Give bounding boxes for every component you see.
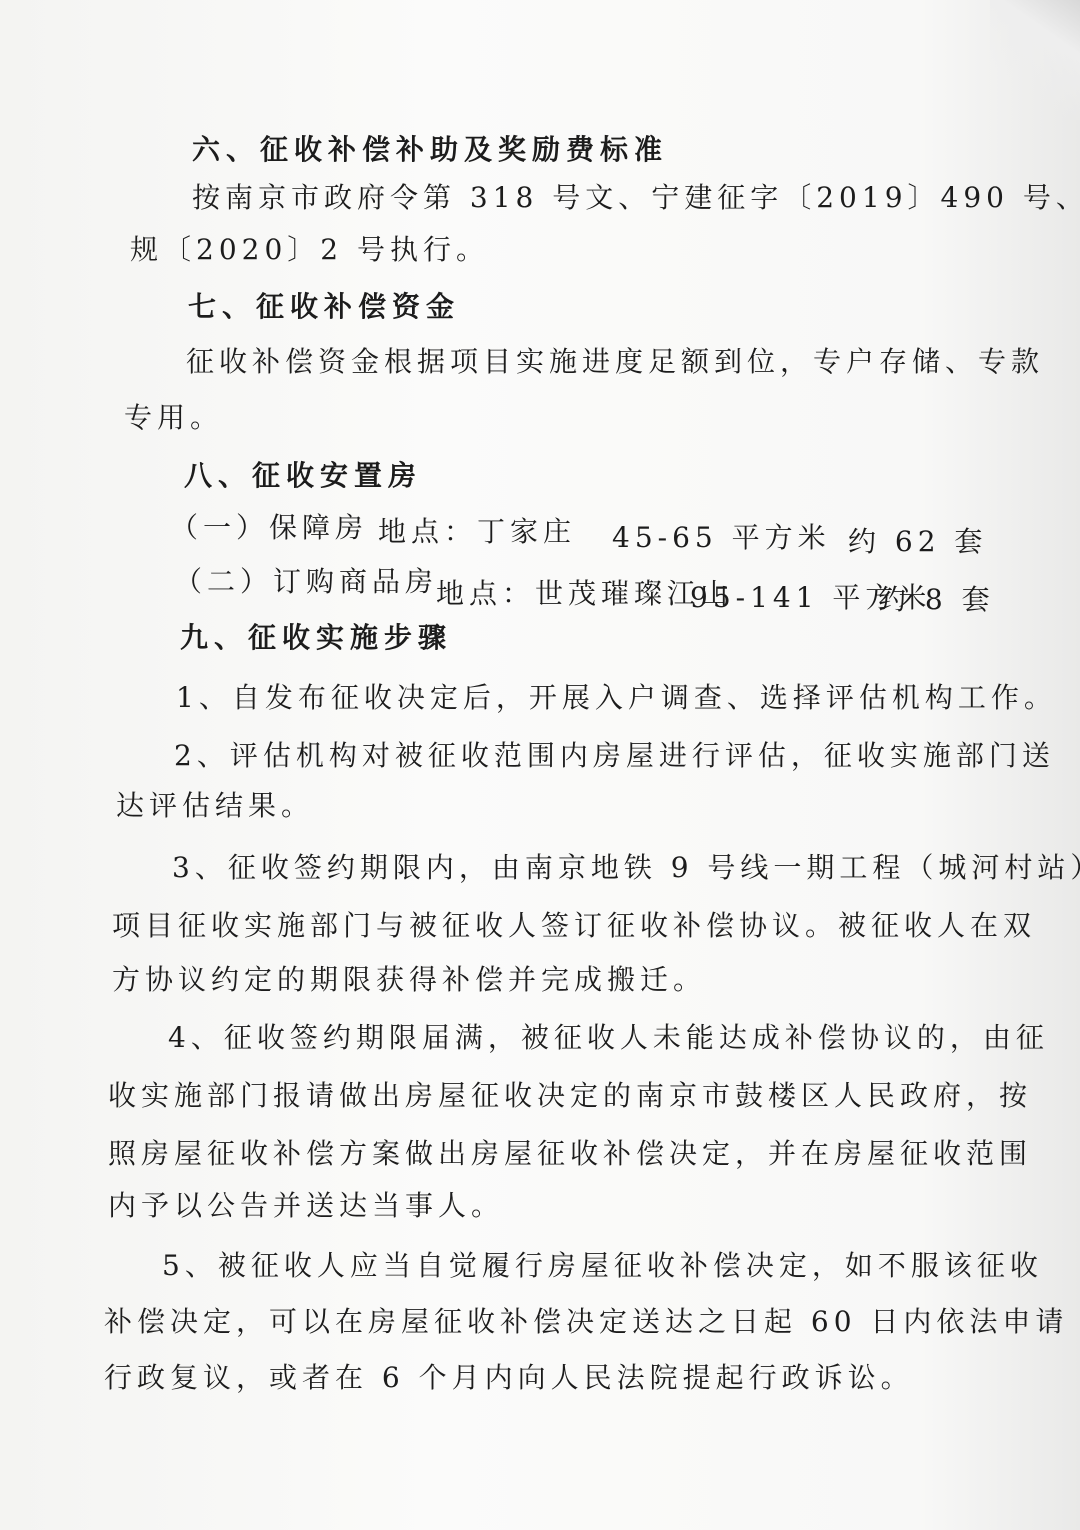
step-3-line-2: 项目征收实施部门与被征收人签订征收补偿协议。被征收人在双 [112,906,1036,946]
section-9-heading: 九、征收实施步骤 [180,618,452,658]
section-6-body-line-1: 按南京市政府令第 318 号文、宁建征字〔2019〕490 号、鼓政 [192,178,1080,218]
step-4-line-1: 4、征收签约期限届满，被征收人未能达成补偿协议的，由征 [168,1018,1049,1058]
housing-item-2-location: 地点：世茂璀璨江山 [436,574,733,614]
housing-item-1-count: 约 62 套 [848,522,987,562]
step-4-line-4: 内予以公告并送达当事人。 [108,1186,504,1226]
step-4-line-3: 照房屋征收补偿方案做出房屋征收补偿决定，并在房屋征收范围 [108,1134,1032,1174]
step-4-line-2: 收实施部门报请做出房屋征收决定的南京市鼓楼区人民政府，按 [108,1076,1032,1116]
section-7-heading: 七、征收补偿资金 [188,287,460,327]
step-3-line-1: 3、征收签约期限内，由南京地铁 9 号线一期工程（城河村站） [172,848,1080,888]
housing-item-2-label: （二）订购商品房 [174,562,438,602]
step-2-line-2: 达评估结果。 [116,786,314,826]
housing-item-1-area: 45-65 平方米 [612,518,831,558]
housing-item-1-label: （一）保障房 [170,508,368,548]
step-5-line-3: 行政复议，或者在 6 个月内向人民法院提起行政诉讼。 [104,1358,914,1398]
document-page: 六、征收补偿补助及奖励费标准 按南京市政府令第 318 号文、宁建征字〔2019… [0,0,1080,1530]
step-5-line-2: 补偿决定，可以在房屋征收补偿决定送达之日起 60 日内依法申请 [104,1302,1068,1342]
step-3-line-3: 方协议约定的期限获得补偿并完成搬迁。 [112,960,706,1000]
section-7-body-line-2: 专用。 [124,398,223,438]
section-6-heading: 六、征收补偿补助及奖励费标准 [192,130,668,170]
housing-item-2-count: 约 8 套 [878,580,995,620]
step-5-line-1: 5、被征收人应当自觉履行房屋征收补偿决定，如不服该征收 [162,1246,1043,1286]
section-7-body-line-1: 征收补偿资金根据项目实施进度足额到位，专户存储、专款 [186,342,1044,382]
section-8-heading: 八、征收安置房 [184,456,422,496]
housing-item-1-location: 地点：丁家庄 [378,512,576,552]
section-6-body-line-2: 规〔2020〕2 号执行。 [130,230,489,270]
step-2-line-1: 2、评估机构对被征收范围内房屋进行评估，征收实施部门送 [174,736,1055,776]
step-1-line-1: 1、自发布征收决定后，开展入户调查、选择评估机构工作。 [176,678,1057,718]
